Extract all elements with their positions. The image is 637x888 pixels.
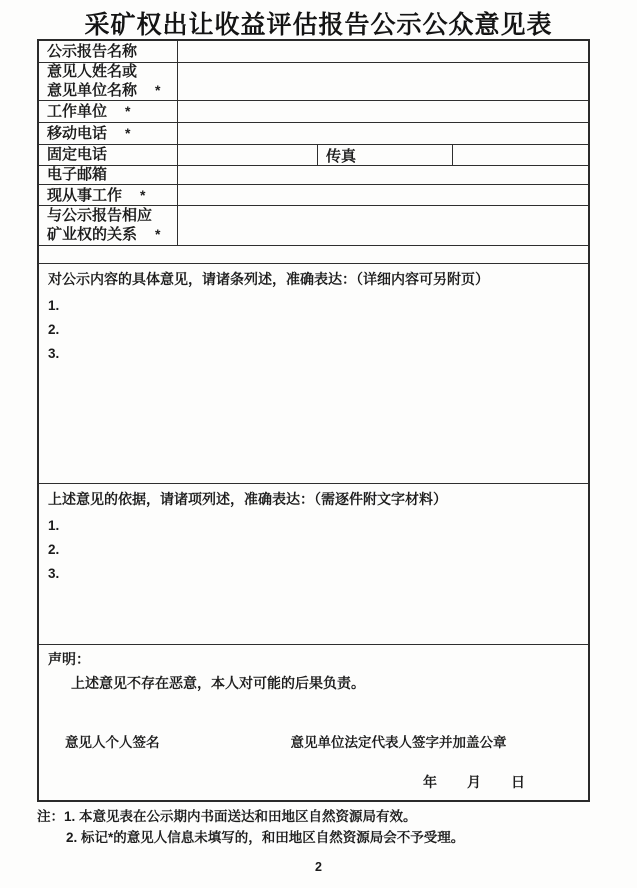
table-row-relation-to-mining-right: 与公示报告相应 矿业权的关系*: [39, 206, 588, 246]
required-asterisk: *: [125, 103, 130, 119]
label-text: 固定电话: [47, 146, 107, 163]
declaration-heading: 声明：: [48, 650, 579, 669]
day-label: 日: [511, 772, 525, 792]
landline-field: [178, 145, 318, 165]
opinion-form-table: 公示报告名称 意见人姓名或 意见单位名称* 工作单位* 移动电话*: [37, 39, 590, 802]
label-text: 移动电话: [47, 125, 107, 142]
list-item: 2.: [48, 542, 579, 557]
label-text: 意见单位名称: [47, 82, 137, 99]
table-row-work-unit: 工作单位*: [39, 101, 588, 123]
label-text: 意见人姓名或: [47, 63, 137, 80]
fax-field: [453, 145, 588, 165]
list-item: 1.: [48, 518, 579, 533]
table-row-report-name: 公示报告名称: [39, 41, 588, 63]
relation-field: [178, 206, 588, 245]
table-row-opinion-person-name: 意见人姓名或 意见单位名称*: [39, 63, 588, 101]
list-item: 3.: [48, 566, 579, 581]
mobile-phone-label: 移动电话*: [39, 123, 178, 144]
opinion-basis-section: 上述意见的依据，请诸项列述，准确表达：（需逐件附文字材料） 1. 2. 3.: [39, 484, 588, 645]
footnotes: 注：1. 本意见表在公示期内书面送达和田地区自然资源局有效。 2. 标记*的意见…: [37, 806, 597, 848]
label-text: 矿业权的关系: [47, 226, 137, 243]
report-name-field: [178, 41, 588, 62]
date-line: 年 月 日: [48, 772, 579, 792]
specific-opinions-section: 对公示内容的具体意见，请诸条列述，准确表达：（详细内容可另附页） 1. 2. 3…: [39, 264, 588, 484]
year-label: 年: [423, 772, 437, 792]
scanned-form-page: 采矿权出让收益评估报告公示公众意见表 公示报告名称 意见人姓名或 意见单位名称*…: [0, 0, 637, 888]
page-title: 采矿权出让收益评估报告公示公众意见表: [0, 5, 637, 41]
opinion-person-name-label: 意见人姓名或 意见单位名称*: [39, 63, 178, 100]
footnote-1: 注：1. 本意见表在公示期内书面送达和田地区自然资源局有效。: [37, 806, 597, 827]
declaration-section: 声明： 上述意见不存在恶意，本人对可能的后果负责。 意见人个人签名 意见单位法定…: [39, 645, 588, 800]
table-row-blank: [39, 246, 588, 264]
required-asterisk: *: [140, 187, 145, 203]
list-item: 3.: [48, 346, 579, 361]
email-label: 电子邮箱: [39, 166, 178, 184]
label-text: 现从事工作: [47, 187, 122, 204]
section-header: 对公示内容的具体意见，请诸条列述，准确表达：（详细内容可另附页）: [48, 269, 579, 289]
required-asterisk: *: [155, 226, 160, 242]
required-asterisk: *: [155, 82, 160, 98]
label-text: 电子邮箱: [47, 166, 107, 183]
mobile-phone-field: [178, 123, 588, 144]
label-text: 工作单位: [47, 103, 107, 120]
label-text: 传真: [326, 145, 356, 166]
current-job-label: 现从事工作*: [39, 185, 178, 205]
table-row-current-job: 现从事工作*: [39, 185, 588, 206]
required-asterisk: *: [125, 125, 130, 141]
table-row-email: 电子邮箱: [39, 166, 588, 185]
section-header: 上述意见的依据，请诸项列述，准确表达：（需逐件附文字材料）: [48, 489, 579, 509]
declaration-body: 上述意见不存在恶意，本人对可能的后果负责。: [48, 673, 579, 693]
landline-label: 固定电话: [39, 145, 178, 165]
label-text: 与公示报告相应: [47, 207, 152, 224]
page-number: 2: [0, 860, 637, 874]
table-row-mobile-phone: 移动电话*: [39, 123, 588, 145]
work-unit-field: [178, 101, 588, 122]
work-unit-label: 工作单位*: [39, 101, 178, 122]
label-text: 公示报告名称: [47, 43, 137, 60]
footnote-2: 2. 标记*的意见人信息未填写的，和田地区自然资源局会不予受理。: [37, 827, 597, 848]
personal-signature-label: 意见人个人签名: [65, 731, 160, 751]
opinion-person-name-field: [178, 63, 588, 100]
report-name-label: 公示报告名称: [39, 41, 178, 62]
email-field: [178, 166, 588, 184]
fax-label: 传真: [318, 145, 453, 165]
current-job-field: [178, 185, 588, 205]
table-row-landline-fax: 固定电话 传真: [39, 145, 588, 166]
signature-row: 意见人个人签名 意见单位法定代表人签字并加盖公章: [48, 731, 579, 751]
list-item: 2.: [48, 322, 579, 337]
relation-label: 与公示报告相应 矿业权的关系*: [39, 206, 178, 245]
unit-representative-signature-label: 意见单位法定代表人签字并加盖公章: [291, 731, 507, 751]
list-item: 1.: [48, 298, 579, 313]
blank-spacer-cell: [39, 246, 588, 263]
month-label: 月: [467, 772, 481, 792]
